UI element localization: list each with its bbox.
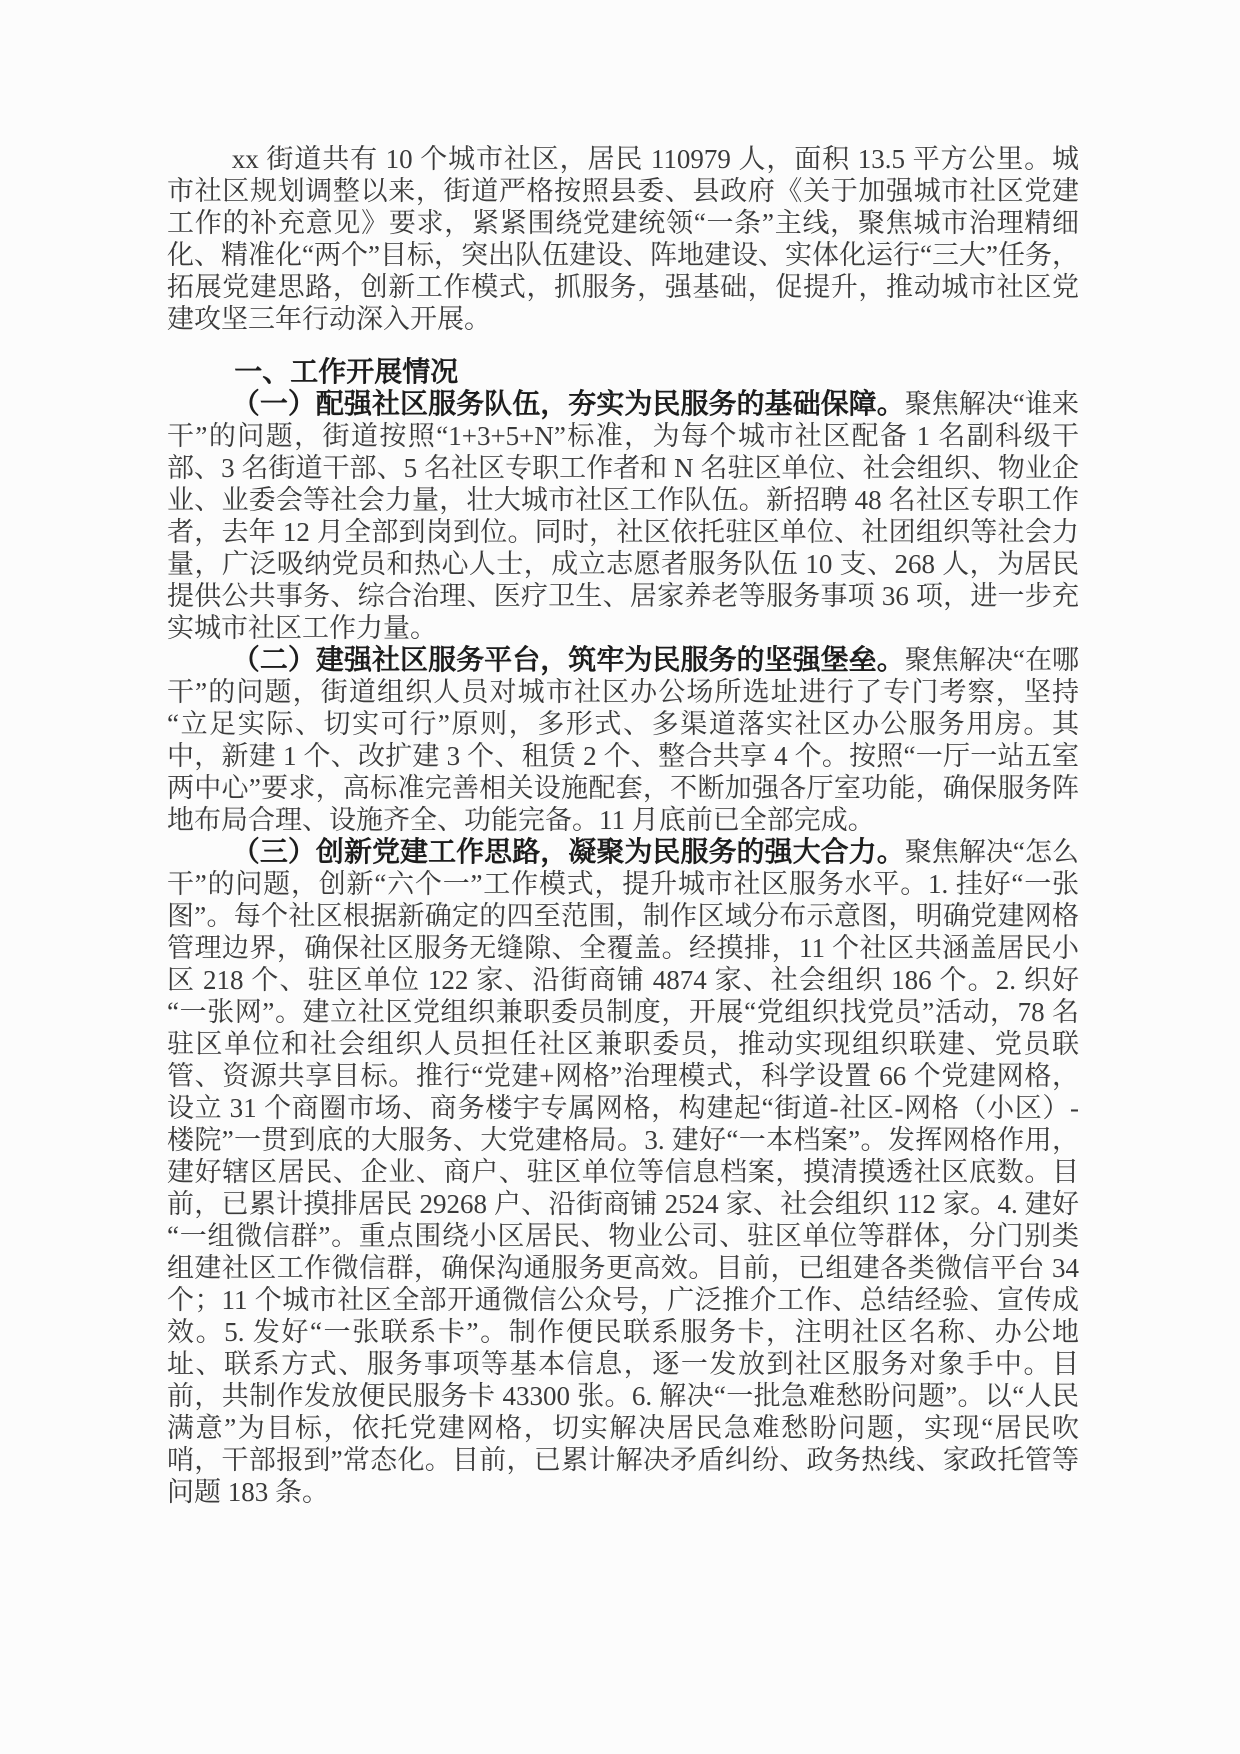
subsection-1-body: 聚焦解决“谁来干”的问题，街道按照“1+3+5+N”标准，为每个城市社区配备 1… <box>167 389 1079 643</box>
subsection-3-lead: （三）创新党建工作思路，凝聚为民服务的强大合力。 <box>232 836 905 867</box>
document-body: xx 街道共有 10 个城市社区，居民 110979 人，面积 13.5 平方公… <box>167 143 1079 1508</box>
document-page: xx 街道共有 10 个城市社区，居民 110979 人，面积 13.5 平方公… <box>0 0 1240 1754</box>
subsection-3-body: 聚焦解决“怎么干”的问题，创新“六个一”工作模式，提升城市社区服务水平。1. 挂… <box>167 837 1079 1507</box>
subsection-2-lead: （二）建强社区服务平台，筑牢为民服务的坚强堡垒。 <box>232 644 905 675</box>
subsection-paragraph-2: （二）建强社区服务平台，筑牢为民服务的坚强堡垒。聚焦解决“在哪干”的问题，街道组… <box>167 644 1079 836</box>
section-heading: 一、工作开展情况 <box>167 356 1079 388</box>
subsection-paragraph-1: （一）配强社区服务队伍，夯实为民服务的基础保障。聚焦解决“谁来干”的问题，街道按… <box>167 388 1079 644</box>
intro-paragraph: xx 街道共有 10 个城市社区，居民 110979 人，面积 13.5 平方公… <box>167 143 1079 335</box>
subsection-1-lead: （一）配强社区服务队伍，夯实为民服务的基础保障。 <box>232 388 905 419</box>
subsection-paragraph-3: （三）创新党建工作思路，凝聚为民服务的强大合力。聚焦解决“怎么干”的问题，创新“… <box>167 836 1079 1508</box>
